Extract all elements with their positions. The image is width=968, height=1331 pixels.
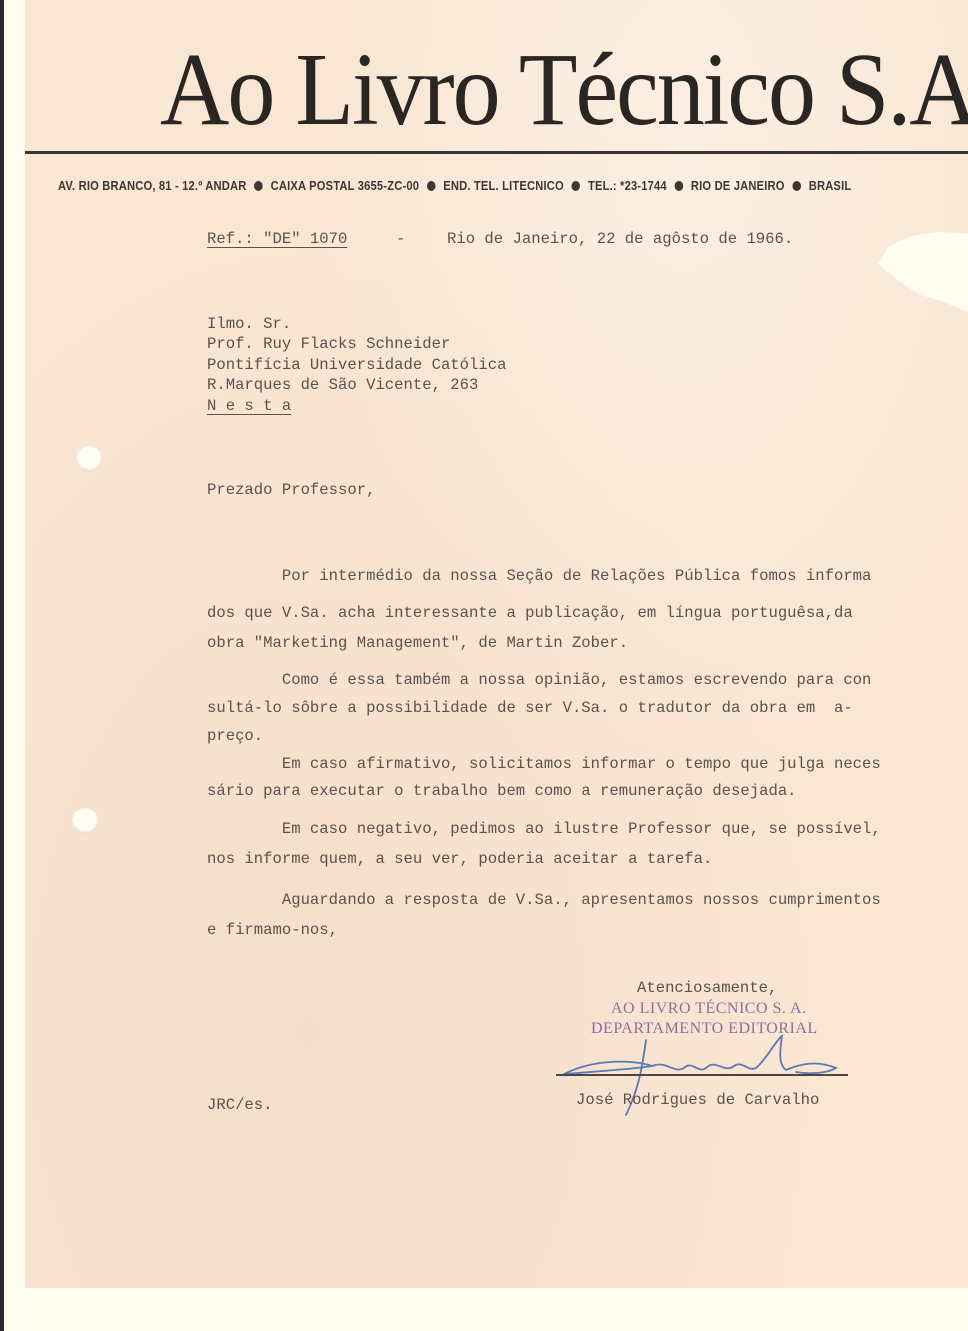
bullet-icon (792, 181, 801, 191)
scan-edge (0, 0, 4, 1331)
address-street: AV. RIO BRANCO, 81 - 12.º ANDAR (58, 178, 247, 193)
company-logo: Ao Livro Técnico S.A. (160, 30, 820, 149)
body-line: sário para executar o trabalho bem como … (207, 781, 797, 801)
address-phone: TEL.: *23-1744 (588, 178, 667, 193)
valediction: Atenciosamente, (637, 978, 777, 998)
signatory-name: José Rodrigues de Carvalho (576, 1090, 819, 1110)
address-po-box: CAIXA POSTAL 3655-ZC-00 (271, 178, 420, 193)
punch-hole-bottom (72, 808, 98, 834)
letterhead-address: AV. RIO BRANCO, 81 - 12.º ANDARCAIXA POS… (58, 178, 815, 193)
body-line: preço. (207, 726, 263, 746)
reference-number: Ref.: "DE" 1070 (207, 229, 347, 249)
recipient-address: R.Marques de São Vicente, 263 (207, 375, 478, 395)
typist-initials: JRC/es. (207, 1095, 273, 1115)
signature-line (556, 1074, 848, 1076)
punch-hole-top (76, 446, 102, 472)
letterhead-rule (25, 151, 968, 154)
body-line: e firmamo-nos, (207, 920, 338, 940)
address-telegraph: END. TEL. LITECNICO (443, 178, 564, 193)
recipient-title: Ilmo. Sr. (207, 314, 291, 334)
body-line: Em caso afirmativo, solicitamos informar… (207, 754, 881, 774)
reference-separator: - (396, 229, 405, 249)
body-line: dos que V.Sa. acha interessante a public… (207, 603, 853, 623)
body-line: sultá-lo sôbre a possibilidade de ser V.… (207, 698, 853, 718)
address-country: BRASIL (809, 178, 852, 193)
bullet-icon (675, 181, 684, 191)
body-line: obra "Marketing Management", de Martin Z… (207, 633, 628, 653)
place-date: Rio de Janeiro, 22 de agôsto de 1966. (447, 229, 793, 249)
recipient-locality: N e s t a (207, 396, 291, 416)
recipient-institution: Pontifícia Universidade Católica (207, 355, 506, 375)
body-line: Como é essa também a nossa opinião, esta… (207, 670, 871, 690)
bullet-icon (427, 181, 436, 191)
greeting: Prezado Professor, (207, 480, 375, 500)
recipient-name: Prof. Ruy Flacks Schneider (207, 334, 450, 354)
bullet-icon (254, 181, 263, 191)
body-line: Em caso negativo, pedimos ao ilustre Pro… (207, 819, 881, 839)
address-city: RIO DE JANEIRO (691, 178, 785, 193)
body-line: Aguardando a resposta de V.Sa., apresent… (207, 890, 881, 910)
bullet-icon (572, 181, 581, 191)
company-stamp-line1: AO LIVRO TÉCNICO S. A. (611, 1000, 807, 1018)
body-line: Por intermédio da nossa Seção de Relaçõe… (207, 566, 871, 586)
body-line: nos informe quem, a seu ver, poderia ace… (207, 849, 712, 869)
